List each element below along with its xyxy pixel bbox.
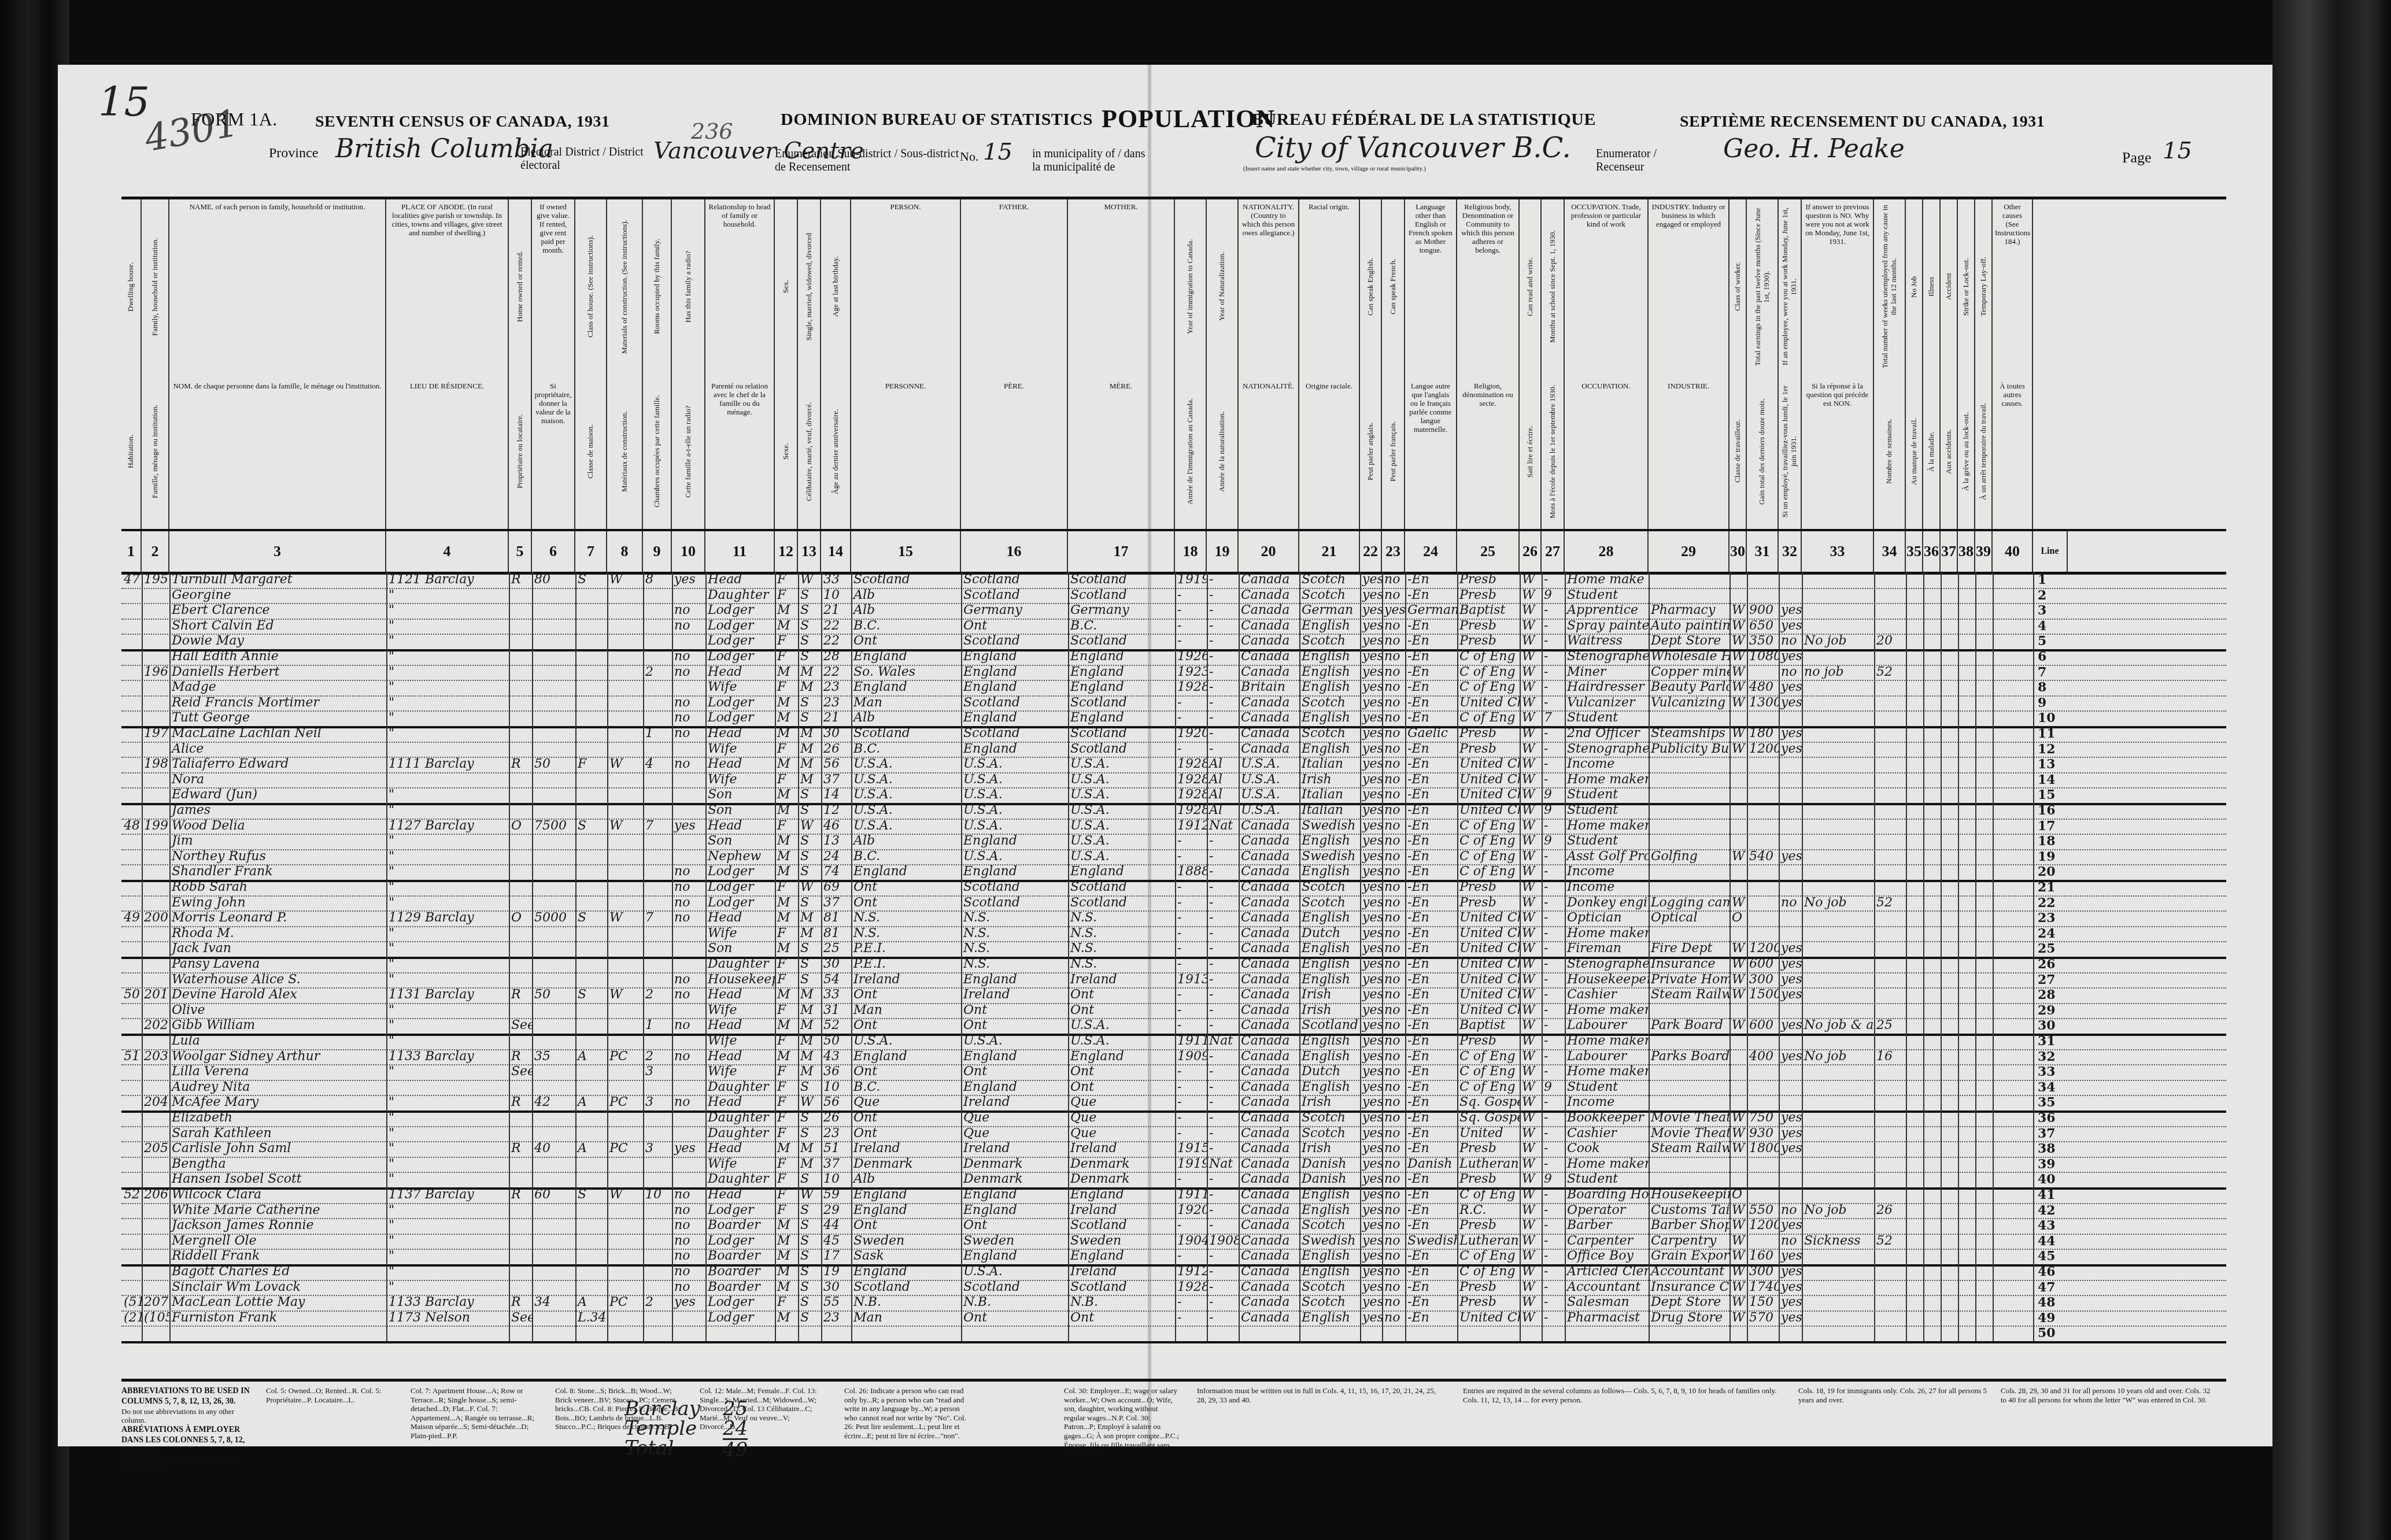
cell-fre: no	[1382, 1187, 1405, 1203]
cell-rooms	[643, 1034, 672, 1049]
column-header-text-fr: Célibataire, marié, veuf, divorcé.	[803, 379, 816, 524]
cell-age: 44	[821, 1218, 851, 1234]
cell-nat	[1207, 1326, 1239, 1341]
cell-race: Scotch	[1299, 1218, 1360, 1234]
cell-family	[142, 603, 169, 619]
cell-cw	[1729, 572, 1747, 588]
cell-why: No job	[1802, 895, 1874, 911]
cell-nation: U.S.A.	[1239, 772, 1299, 788]
cell-nat: -	[1207, 619, 1239, 634]
cell-bp: Ont	[851, 987, 961, 1003]
cell-nat: -	[1207, 1295, 1239, 1311]
cell-rel: Son	[705, 803, 775, 819]
column-rule	[509, 572, 510, 1341]
cell-rlg: United Ch	[1457, 803, 1520, 819]
cell-rooms	[643, 1157, 672, 1172]
cell-wks	[1874, 1003, 1906, 1019]
cell-bp: U.S.A.	[851, 1034, 961, 1049]
cell-family	[142, 649, 169, 665]
cell-rooms	[643, 1172, 672, 1187]
cell-rw: W	[1520, 1049, 1542, 1065]
cell-name: Georgine	[169, 588, 386, 604]
cell-sch: -	[1542, 1311, 1565, 1326]
cell-sex: M	[775, 849, 798, 865]
cell-tongue: -En	[1405, 1064, 1457, 1080]
cell-nat: -	[1207, 926, 1239, 942]
cell-name: Pansy Lavena	[169, 957, 386, 972]
cell-occ: Student	[1565, 787, 1649, 803]
cell-sch: -	[1542, 742, 1565, 757]
cell-bpf: Ont	[961, 1218, 1068, 1234]
cell-rooms	[643, 849, 672, 865]
cell-nation: Canada	[1239, 957, 1299, 972]
cell-name: Short Calvin Ed	[169, 619, 386, 634]
cell-name: Northey Rufus	[169, 849, 386, 865]
cell-occ: Income	[1565, 880, 1649, 895]
cell-abode: "	[386, 1249, 509, 1264]
column-header-fr-25: Religion, dénomination ou secte.	[1457, 379, 1520, 529]
cell-cw	[1729, 1080, 1747, 1095]
cell-dwelling: 47	[121, 572, 142, 588]
cell-eng: yes	[1360, 1264, 1382, 1280]
cell-imm: -	[1175, 619, 1207, 634]
cell-sch: -	[1542, 603, 1565, 619]
cell-radio	[672, 1080, 705, 1095]
cell-nation: Canada	[1239, 1187, 1299, 1203]
cell-family	[142, 957, 169, 972]
cell-value	[532, 1218, 575, 1234]
line-number: 11	[2035, 726, 2067, 742]
cell-work	[1779, 1326, 1802, 1341]
cell-work: yes	[1779, 649, 1802, 665]
cell-tongue: Danish	[1405, 1157, 1457, 1172]
cell-work: yes	[1779, 987, 1802, 1003]
column-header-18: Year of immigration to Canada.	[1175, 199, 1207, 379]
line-number: 49	[2035, 1311, 2067, 1326]
column-header-text-en: Racial origin.	[1299, 199, 1359, 215]
cell-bpm: Sweden	[1068, 1234, 1175, 1249]
cell-rw: W	[1520, 864, 1542, 880]
column-rule	[1874, 572, 1875, 1341]
cell-value: 34	[532, 1295, 575, 1311]
cell-mat	[607, 1018, 643, 1034]
column-number: 32	[1779, 531, 1802, 572]
cell-rooms	[643, 957, 672, 972]
cell-dwelling	[121, 957, 142, 972]
cell-age: 10	[821, 1080, 851, 1095]
cell-tongue: -En	[1405, 1264, 1457, 1280]
cell-wks	[1874, 926, 1906, 942]
cell-work	[1779, 757, 1802, 772]
cell-bpf: England	[961, 864, 1068, 880]
cell-rooms	[643, 972, 672, 988]
cell-rlg: Sq. Gospel	[1457, 1095, 1520, 1110]
column-header-13: Single, married, widowed, divorced	[798, 199, 821, 379]
column-header-text-fr: Sexe.	[779, 379, 793, 524]
cell-rooms	[643, 772, 672, 788]
cell-own	[509, 1110, 532, 1126]
column-rule	[1068, 572, 1069, 1341]
table-row: Reid Francis Mortimer"noLodgerMS23ManSco…	[121, 695, 2226, 712]
cell-race: Swedish	[1299, 1234, 1360, 1249]
cell-mat: PC	[607, 1095, 643, 1110]
cell-cw	[1729, 588, 1747, 604]
cell-own	[509, 1249, 532, 1264]
cell-tongue	[1405, 1326, 1457, 1341]
cell-name: Bengtha	[169, 1157, 386, 1172]
cell-bp	[851, 1326, 961, 1341]
cell-mar: S	[798, 972, 821, 988]
cell-sex: F	[775, 1203, 798, 1219]
cell-name: Rhoda M.	[169, 926, 386, 942]
cell-abode	[386, 1326, 509, 1341]
cell-race: Irish	[1299, 1095, 1360, 1110]
cell-sex: M	[775, 619, 798, 634]
cell-imm: 1912	[1175, 819, 1207, 834]
cell-mar: W	[798, 572, 821, 588]
cell-rel: Son	[705, 834, 775, 849]
cell-rooms	[643, 634, 672, 649]
cell-name: Tutt George	[169, 710, 386, 726]
cell-sch: -	[1542, 1280, 1565, 1295]
cell-cls	[575, 1126, 607, 1142]
cell-own: R	[509, 1049, 532, 1065]
cell-name: White Marie Catherine	[169, 1203, 386, 1219]
cell-rel: Head	[705, 665, 775, 680]
cell-why	[1802, 588, 1874, 604]
cell-cw: W	[1729, 1264, 1747, 1280]
cell-why	[1802, 1264, 1874, 1280]
cell-cw: W	[1729, 742, 1747, 757]
cell-rlg: United Ch	[1457, 957, 1520, 972]
cell-dwelling	[121, 849, 142, 865]
cell-rlg: Presb	[1457, 634, 1520, 649]
cell-cw	[1729, 926, 1747, 942]
cell-wks	[1874, 1249, 1906, 1264]
cell-name: Bagott Charles Ed	[169, 1264, 386, 1280]
cell-cw: W	[1729, 1280, 1747, 1295]
column-number: 34	[1874, 531, 1906, 572]
cell-mat	[607, 1203, 643, 1219]
table-row: Jackson James Ronnie"noBoarderMS44OntOnt…	[121, 1218, 2226, 1235]
cell-sch: -	[1542, 649, 1565, 665]
cell-imm: 1909	[1175, 1049, 1207, 1065]
column-header-text-fr: OCCUPATION.	[1565, 379, 1647, 394]
cell-cls	[575, 772, 607, 788]
table-row: Rhoda M."WifeFM81N.S.N.S.N.S.--CanadaDut…	[121, 926, 2226, 943]
cell-why	[1802, 772, 1874, 788]
cell-mat	[607, 972, 643, 988]
cell-sch: -	[1542, 880, 1565, 895]
cell-radio	[672, 634, 705, 649]
cell-cw: W	[1729, 634, 1747, 649]
column-header-9: Rooms occupied by this family.	[643, 199, 672, 379]
cell-occ: Accountant	[1565, 1280, 1649, 1295]
cell-value: 40	[532, 1141, 575, 1157]
cell-occ: Student	[1565, 803, 1649, 819]
cell-work	[1779, 787, 1802, 803]
cell-bp: U.S.A.	[851, 787, 961, 803]
cell-fre: no	[1382, 987, 1405, 1003]
cell-fre: no	[1382, 803, 1405, 819]
line-number: 39	[2035, 1157, 2067, 1172]
cell-work: yes	[1779, 1218, 1802, 1234]
cell-race: Italian	[1299, 757, 1360, 772]
cell-dwelling	[121, 895, 142, 911]
cell-rooms	[643, 803, 672, 819]
cell-family	[142, 1110, 169, 1126]
cell-wks	[1874, 880, 1906, 895]
cell-nat: -	[1207, 649, 1239, 665]
cell-age: 50	[821, 1034, 851, 1049]
cell-mar: S	[798, 695, 821, 711]
cell-name: MacLean Lottie May	[169, 1295, 386, 1311]
cell-name: Audrey Nita	[169, 1080, 386, 1095]
cell-bpf: England	[961, 1080, 1068, 1095]
cell-nation: Canada	[1239, 1110, 1299, 1126]
cell-abode: "	[386, 895, 509, 911]
column-number: 18	[1175, 531, 1207, 572]
cell-nat: -	[1207, 957, 1239, 972]
cell-value	[532, 1280, 575, 1295]
cell-mat	[607, 849, 643, 865]
cell-earn: 150	[1747, 1295, 1779, 1311]
table-row: 196Daniells Herbert"2noHeadMM22So. Wales…	[121, 665, 2226, 682]
column-number: 21	[1299, 531, 1360, 572]
cell-family	[142, 1280, 169, 1295]
cell-earn: 180	[1747, 726, 1779, 742]
cell-rw: W	[1520, 1110, 1542, 1126]
cell-sch: -	[1542, 1003, 1565, 1019]
cell-own	[509, 1003, 532, 1019]
cell-fre: no	[1382, 1295, 1405, 1311]
cell-mat	[607, 649, 643, 665]
cell-value	[532, 926, 575, 942]
cell-radio	[672, 834, 705, 849]
cell-cw	[1729, 1172, 1747, 1187]
cell-earn: 350	[1747, 634, 1779, 649]
column-header-text-fr: À toutes autres causes.	[1993, 379, 2032, 412]
cell-mat	[607, 1172, 643, 1187]
line-number: 43	[2035, 1218, 2067, 1234]
cell-own: R	[509, 757, 532, 772]
cell-age: 21	[821, 710, 851, 726]
cell-eng: yes	[1360, 941, 1382, 957]
cell-mar: S	[798, 895, 821, 911]
cell-fre: no	[1382, 1264, 1405, 1280]
cell-name: Dowie May	[169, 634, 386, 649]
cell-tongue: -En	[1405, 941, 1457, 957]
cell-tongue: -En	[1405, 1249, 1457, 1264]
cell-mat	[607, 957, 643, 972]
cell-family: 204	[142, 1095, 169, 1110]
footnote-entries-required: Entries are required in the several colu…	[1463, 1386, 1787, 1404]
cell-cw: W	[1729, 649, 1747, 665]
cell-dwelling	[121, 619, 142, 634]
cell-cw: W	[1729, 695, 1747, 711]
table-row: (51)207MacLean Lottie May1133 BarclayR34…	[121, 1295, 2226, 1312]
cell-eng: yes	[1360, 1110, 1382, 1126]
cell-fre: no	[1382, 619, 1405, 634]
cell-race: Scotch	[1299, 895, 1360, 911]
cell-nat: -	[1207, 1095, 1239, 1110]
cell-abode: 1127 Barclay	[386, 819, 509, 834]
cell-earn: 550	[1747, 1203, 1779, 1219]
column-number: 10	[672, 531, 705, 572]
cell-rlg: United Ch	[1457, 910, 1520, 926]
cell-rooms: 2	[643, 665, 672, 680]
cell-cw: W	[1729, 1018, 1747, 1034]
cell-own: R	[509, 987, 532, 1003]
cell-sch: -	[1542, 1157, 1565, 1172]
cell-wks	[1874, 588, 1906, 604]
cell-earn	[1747, 1003, 1779, 1019]
cell-occ: Articled Clerk	[1565, 1264, 1649, 1280]
cell-bp: Ont	[851, 1018, 961, 1034]
cell-rw: W	[1520, 803, 1542, 819]
column-header-text-en: Age at last birthday.	[829, 199, 842, 374]
cell-occ: Vulcanizer	[1565, 695, 1649, 711]
cell-rw: W	[1520, 1018, 1542, 1034]
cell-rooms: 1	[643, 726, 672, 742]
cell-abode: "	[386, 1203, 509, 1219]
cell-fre: no	[1382, 910, 1405, 926]
cell-rlg: C of Eng	[1457, 1264, 1520, 1280]
cell-bpm: U.S.A.	[1068, 819, 1175, 834]
cell-radio: no	[672, 987, 705, 1003]
column-header-text-fr: Nombre de semaines.	[1883, 379, 1896, 524]
cell-rw: W	[1520, 634, 1542, 649]
cell-cw: W	[1729, 849, 1747, 865]
cell-mar: M	[798, 910, 821, 926]
line-number: 21	[2035, 880, 2067, 895]
cell-cls	[575, 1172, 607, 1187]
cell-fre: no	[1382, 1141, 1405, 1157]
column-header-text-fr: LIEU DE RÉSIDENCE.	[386, 379, 508, 394]
cell-bpm: England	[1068, 649, 1175, 665]
cell-cls	[575, 834, 607, 849]
cell-rw: W	[1520, 619, 1542, 634]
cell-bpf: Ont	[961, 1311, 1068, 1326]
line-number: 40	[2035, 1172, 2067, 1187]
cell-mat	[607, 1034, 643, 1049]
cell-fre: yes	[1382, 603, 1405, 619]
cell-wks	[1874, 957, 1906, 972]
cell-sex: F	[775, 1003, 798, 1019]
cell-fre: no	[1382, 680, 1405, 695]
cell-occ: Salesman	[1565, 1295, 1649, 1311]
column-header-17: MOTHER.	[1068, 199, 1175, 379]
cell-rel: Son	[705, 941, 775, 957]
cell-rlg: R.C.	[1457, 1203, 1520, 1219]
column-rule	[1565, 572, 1566, 1341]
cell-sex: M	[775, 787, 798, 803]
cell-bp: England	[851, 680, 961, 695]
cell-abode: "	[386, 710, 509, 726]
cell-ind	[1649, 926, 1729, 942]
cell-abode: 1173 Nelson	[386, 1311, 509, 1326]
cell-tongue: -En	[1405, 1141, 1457, 1157]
cell-sex: F	[775, 1126, 798, 1142]
cell-abode: "	[386, 1064, 509, 1080]
cell-tongue: -En	[1405, 649, 1457, 665]
cell-bpm: Scotland	[1068, 742, 1175, 757]
cell-own: See p. 7	[509, 1311, 532, 1326]
cell-imm: -	[1175, 710, 1207, 726]
table-row: Georgine"DaughterFS10AlbScotlandScotland…	[121, 588, 2226, 605]
column-header-fr-30: Classe de travailleur.	[1729, 379, 1747, 529]
cell-bpm: U.S.A.	[1068, 772, 1175, 788]
column-header-16: FATHER.	[961, 199, 1068, 379]
cell-rlg: Baptist	[1457, 1018, 1520, 1034]
cell-wks	[1874, 1034, 1906, 1049]
cell-fre: no	[1382, 1018, 1405, 1034]
cell-cw	[1729, 834, 1747, 849]
cell-value	[532, 1234, 575, 1249]
column-header-text-fr: À un arrêt temporaire du travail.	[1977, 379, 1990, 524]
cell-why	[1802, 1295, 1874, 1311]
cell-age: 30	[821, 726, 851, 742]
cell-work: yes	[1779, 1295, 1802, 1311]
cell-cls	[575, 1157, 607, 1172]
cell-imm: 1911	[1175, 1034, 1207, 1049]
column-header-text-fr: Si la réponse à la question qui précède …	[1802, 379, 1873, 412]
cell-occ: Student	[1565, 710, 1649, 726]
cell-rooms	[643, 742, 672, 757]
cell-rooms	[643, 649, 672, 665]
cell-why	[1802, 1034, 1874, 1049]
cell-ind	[1649, 588, 1729, 604]
cell-abode: 1111 Barclay	[386, 757, 509, 772]
cell-name: MacLaine Lachlan Neil	[169, 726, 386, 742]
cell-sch: -	[1542, 1141, 1565, 1157]
cell-rooms	[643, 864, 672, 880]
column-header-fr-27: Mois à l'école depuis le 1er septembre 1…	[1542, 379, 1565, 529]
cell-mar: M	[798, 1049, 821, 1065]
cell-radio: no	[672, 695, 705, 711]
cell-bp: U.S.A.	[851, 757, 961, 772]
cell-bpf: England	[961, 649, 1068, 665]
table-row: Lula"WifeFM50U.S.A.U.S.A.U.S.A.1911NatCa…	[121, 1034, 2226, 1050]
cell-nat: -	[1207, 1311, 1239, 1326]
cell-rw: W	[1520, 849, 1542, 865]
cell-bpf: U.S.A.	[961, 772, 1068, 788]
cell-bpf: Scotland	[961, 895, 1068, 911]
cell-tongue: -En	[1405, 972, 1457, 988]
cell-rlg: Presb	[1457, 1218, 1520, 1234]
cell-dwelling	[121, 649, 142, 665]
cell-fre: no	[1382, 787, 1405, 803]
cell-family	[142, 742, 169, 757]
cell-why	[1802, 1110, 1874, 1126]
cell-wks	[1874, 603, 1906, 619]
column-header-text-fr: Année de la naturalisation.	[1215, 379, 1229, 524]
cell-sex: F	[775, 1157, 798, 1172]
column-number: 9	[643, 531, 672, 572]
cell-bpf: Scotland	[961, 695, 1068, 711]
cell-mar: S	[798, 649, 821, 665]
cell-mar: M	[798, 757, 821, 772]
cell-imm: 1920	[1175, 1203, 1207, 1219]
column-header-28: OCCUPATION. Trade, profession or particu…	[1565, 199, 1649, 379]
column-header-text-en: If an employee, were you at work Monday,…	[1779, 199, 1801, 374]
cell-occ: Cook	[1565, 1141, 1649, 1157]
cell-why	[1802, 819, 1874, 834]
cell-age: 24	[821, 849, 851, 865]
cell-nat: Nat	[1207, 819, 1239, 834]
cell-imm: -	[1175, 926, 1207, 942]
table-row: 197MacLaine Lachlan Neil"1noHeadMM30Scot…	[121, 726, 2226, 743]
